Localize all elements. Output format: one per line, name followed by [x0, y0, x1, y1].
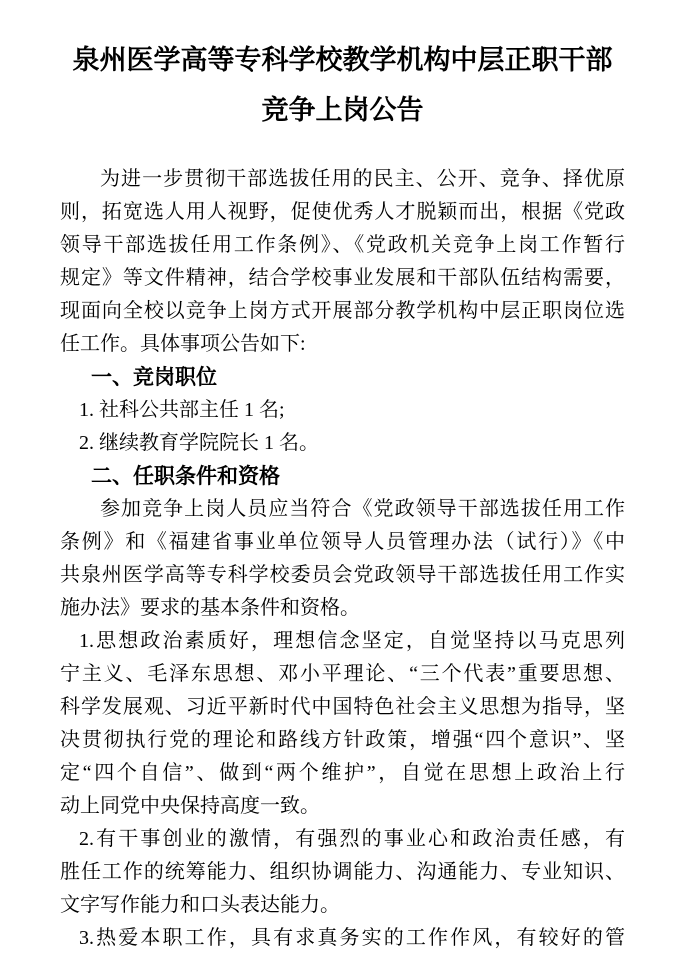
intro-paragraph-line: 为进一步贯彻干部选拔任用的民主、公开、竞争、择优原	[60, 163, 625, 196]
condition-3-line: 3.热爱本职工作，具有求真务实的工作作风，有较好的管	[60, 922, 625, 955]
qualification-paragraph-line: 条例》和《福建省事业单位领导人员管理办法（试行）》《中	[60, 526, 625, 559]
section-1-heading: 一、竞岗职位	[60, 361, 625, 394]
intro-paragraph-line: 规定》等文件精神，结合学校事业发展和干部队伍结构需要，	[60, 262, 625, 295]
intro-paragraph-line: 领导干部选拔任用工作条例》、《党政机关竞争上岗工作暂行	[60, 229, 625, 262]
condition-2-line: 胜任工作的统筹能力、组织协调能力、沟通能力、专业知识、	[60, 856, 625, 889]
qualification-paragraph-line: 共泉州医学高等专科学校委员会党政领导干部选拔任用工作实	[60, 559, 625, 592]
intro-paragraph-line: 则，拓宽选人用人视野，促使优秀人才脱颖而出，根据《党政	[60, 196, 625, 229]
announcement-page: 泉州医学高等专科学校教学机构中层正职干部 竞争上岗公告 为进一步贯彻干部选拔任用…	[0, 0, 687, 969]
condition-2-line: 2.有干事创业的激情，有强烈的事业心和政治责任感，有	[60, 823, 625, 856]
position-list-item: 2. 继续教育学院院长 1 名。	[60, 427, 625, 460]
document-title: 泉州医学高等专科学校教学机构中层正职干部 竞争上岗公告	[60, 35, 625, 135]
document-title-line-2: 竞争上岗公告	[60, 85, 625, 135]
position-list-item: 1. 社科公共部主任 1 名;	[60, 394, 625, 427]
condition-1-line: 科学发展观、习近平新时代中国特色社会主义思想为指导，坚	[60, 691, 625, 724]
condition-1-line: 动上同党中央保持高度一致。	[60, 790, 625, 823]
intro-paragraph-line: 现面向全校以竞争上岗方式开展部分教学机构中层正职岗位选	[60, 295, 625, 328]
document-body: 为进一步贯彻干部选拔任用的民主、公开、竞争、择优原 则，拓宽选人用人视野，促使优…	[60, 163, 625, 955]
qualification-paragraph-line: 参加竞争上岗人员应当符合《党政领导干部选拔任用工作	[60, 493, 625, 526]
condition-1-line: 1.思想政治素质好，理想信念坚定，自觉坚持以马克思列	[60, 625, 625, 658]
condition-1-line: 宁主义、毛泽东思想、邓小平理论、“三个代表”重要思想、	[60, 658, 625, 691]
condition-1-line: 决贯彻执行党的理论和路线方针政策，增强“四个意识”、坚	[60, 724, 625, 757]
qualification-paragraph-line: 施办法》要求的基本条件和资格。	[60, 592, 625, 625]
section-2-heading: 二、任职条件和资格	[60, 460, 625, 493]
condition-2-line: 文字写作能力和口头表达能力。	[60, 889, 625, 922]
condition-1-line: 定“四个自信”、做到“两个维护”，自觉在思想上政治上行	[60, 757, 625, 790]
intro-paragraph-line: 任工作。具体事项公告如下:	[60, 328, 625, 361]
document-title-line-1: 泉州医学高等专科学校教学机构中层正职干部	[60, 35, 625, 85]
